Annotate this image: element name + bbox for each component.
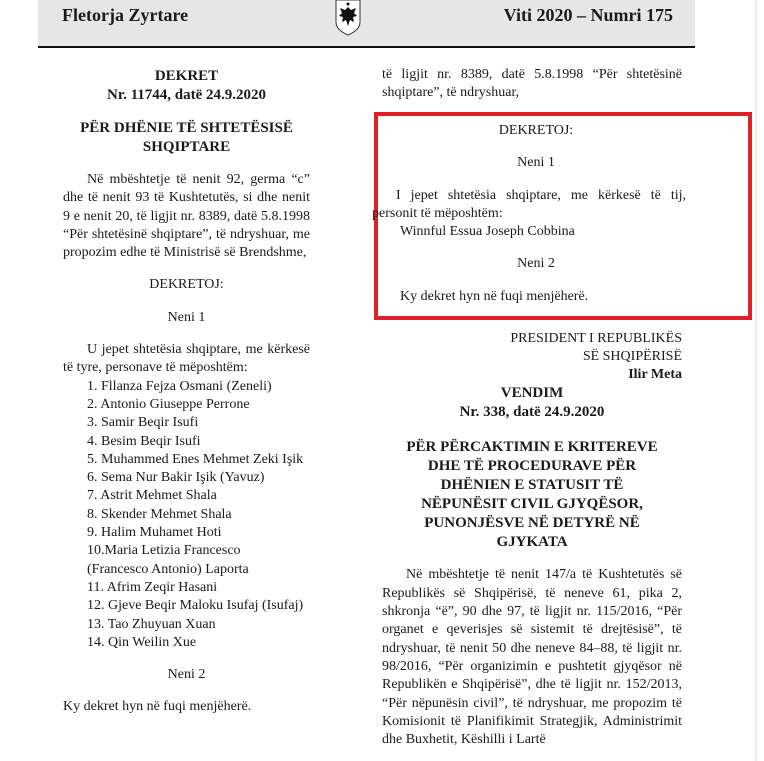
person-list-item: 13. Tao Zhuyuan Xuan: [87, 616, 310, 634]
highlight-person: Winnful Essua Joseph Cobbina: [386, 223, 686, 241]
person-list-item: 8. Skender Mehmet Shala: [87, 506, 310, 524]
dekretoj-heading: DEKRETOJ:: [63, 276, 310, 294]
continuation-text: të ligjit nr. 8389, datë 5.8.1998 “Për s…: [382, 66, 682, 103]
article2-text: Ky dekret hyn në fuqi menjëherë.: [63, 698, 310, 716]
page-edge: [755, 0, 757, 761]
decree-number: Nr. 11744, datë 24.9.2020: [63, 86, 310, 105]
persons-list: 1. Fllanza Fejza Osmani (Zeneli)2. Anton…: [63, 378, 310, 652]
signatory-name: Ilir Meta: [382, 366, 682, 384]
signature-title: PRESIDENT I REPUBLIKËS: [382, 330, 682, 348]
decision-number: Nr. 338, datë 24.9.2020: [382, 403, 682, 422]
person-list-item: 6. Sema Nur Bakir Işik (Yavuz): [87, 469, 310, 487]
person-list-item: 1. Fllanza Fejza Osmani (Zeneli): [87, 378, 310, 396]
person-list-item: 11. Afrim Zeqir Hasani: [87, 579, 310, 597]
person-list-item: 5. Muhammed Enes Mehmet Zeki Işik: [87, 451, 310, 469]
highlight-article1-heading: Neni 1: [386, 154, 686, 172]
decree-title: PËR DHËNIE TË SHTETËSISË SHQIPTARE: [63, 119, 310, 157]
person-list-item: 9. Halim Muhamet Hoti: [87, 524, 310, 542]
person-list-item: (Francesco Antonio) Laporta: [87, 561, 310, 579]
decree-preamble: Në mbështetje të nenit 92, germa “c” dhe…: [63, 171, 310, 262]
page-header: Fletorja Zyrtare Viti 2020 – Numri 175: [38, 0, 695, 48]
highlight-dekretoj: DEKRETOJ:: [386, 122, 686, 140]
issue-number: Viti 2020 – Numri 175: [504, 5, 673, 26]
person-list-item: 12. Gjeve Beqir Maloku Isufaj (Isufaj): [87, 597, 310, 615]
highlight-article2-heading: Neni 2: [386, 255, 686, 273]
decision-title: PËR PËRCAKTIMIN E KRITEREVE DHE TË PROCE…: [382, 438, 682, 552]
person-list-item: 4. Besim Beqir Isufi: [87, 433, 310, 451]
person-list-item: 7. Astrit Mehmet Shala: [87, 487, 310, 505]
albania-coat-of-arms-icon: [334, 0, 362, 36]
person-list-item: 10.Maria Letizia Francesco: [87, 542, 310, 560]
decision-type: VENDIM: [382, 384, 682, 403]
highlight-article1-text: I jepet shtetësia shqiptare, me kërkesë …: [372, 187, 686, 224]
publication-name: Fletorja Zyrtare: [62, 5, 188, 26]
left-column: DEKRET Nr. 11744, datë 24.9.2020 PËR DHË…: [63, 67, 310, 717]
highlighted-decree: DEKRETOJ: Neni 1 I jepet shtetësia shqip…: [386, 122, 686, 306]
signature-country: SË SHQIPËRISË: [382, 348, 682, 366]
person-list-item: 2. Antonio Giuseppe Perrone: [87, 396, 310, 414]
person-list-item: 14. Qin Weilin Xue: [87, 634, 310, 652]
decision-preamble: Në mbështetje të nenit 147/a të Kushtetu…: [382, 566, 682, 749]
article1-heading: Neni 1: [63, 309, 310, 327]
person-list-item: 3. Samir Beqir Isufi: [87, 414, 310, 432]
article2-heading: Neni 2: [63, 666, 310, 684]
highlight-article2-text: Ky dekret hyn në fuqi menjëherë.: [386, 288, 686, 306]
decree-type: DEKRET: [63, 67, 310, 86]
article1-text: U jepet shtetësia shqiptare, me kërkesë …: [63, 341, 310, 378]
